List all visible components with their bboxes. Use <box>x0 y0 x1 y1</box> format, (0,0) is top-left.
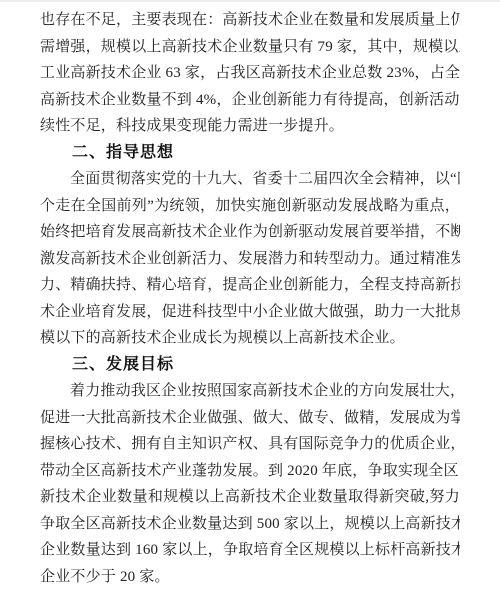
paragraph-current-status: 也存在不足，主要表现在：高新技术企业在数量和发展质量上仍 需增强，规模以上高新技… <box>40 7 460 140</box>
document-body: 也存在不足，主要表现在：高新技术企业在数量和发展质量上仍 需增强，规模以上高新技… <box>0 2 500 590</box>
text-line: 始终把培育发展高新技术企业作为创新驱动发展首要举措，不断 <box>40 219 460 246</box>
text-line: 企业数量达到 160 家以上，争取培育全区规模以上标杆高新技术 <box>40 537 460 564</box>
text-line: 激发高新技术企业创新活力、发展潜力和转型动力。通过精准发 <box>40 246 460 273</box>
text-line: 工业高新技术企业 63 家，占我区高新技术企业总数 23%，占全市 <box>40 60 460 87</box>
section-heading-development-goals: 三、发展目标 <box>40 352 460 379</box>
text-line: 力、精确扶持、精心培育，提高企业创新能力，全程支持高新技 <box>40 272 460 299</box>
text-line: 新技术企业数量和规模以上高新技术企业数量取得新突破,努力 <box>40 484 460 511</box>
text-line: 高新技术企业数量不到 4%，企业创新能力有待提高，创新活动持 <box>40 87 460 114</box>
text-line: 需增强，规模以上高新技术企业数量只有 79 家，其中，规模以上 <box>40 34 460 61</box>
paragraph-guiding-ideology: 全面贯彻落实党的十九大、省委十二届四次全会精神，以“四 个走在全国前列”为统领，… <box>40 166 460 352</box>
text-line: 全面贯彻落实党的十九大、省委十二届四次全会精神，以“四 <box>40 166 460 193</box>
text-line: 术企业培育发展，促进科技型中小企业做大做强，助力一大批规 <box>40 299 460 326</box>
text-line: 带动全区高新技术产业蓬勃发展。到 2020 年底，争取实现全区高 <box>40 458 460 485</box>
section-heading-guiding-ideology: 二、指导思想 <box>40 140 460 167</box>
text-line: 个走在全国前列”为统领，加快实施创新驱动发展战略为重点， <box>40 193 460 220</box>
text-line: 也存在不足，主要表现在：高新技术企业在数量和发展质量上仍 <box>40 7 460 34</box>
text-line: 企业不少于 20 家。 <box>40 564 460 591</box>
text-line: 着力推动我区企业按照国家高新技术企业的方向发展壮大， <box>40 378 460 405</box>
paragraph-development-goals: 着力推动我区企业按照国家高新技术企业的方向发展壮大， 促进一大批高新技术企业做强… <box>40 378 460 590</box>
text-line: 握核心技术、拥有自主知识产权、具有国际竞争力的优质企业， <box>40 431 460 458</box>
text-line: 争取全区高新技术企业数量达到 500 家以上，规模以上高新技术 <box>40 511 460 538</box>
document-page: 也存在不足，主要表现在：高新技术企业在数量和发展质量上仍 需增强，规模以上高新技… <box>0 0 500 595</box>
text-line: 续性不足，科技成果变现能力需进一步提升。 <box>40 113 460 140</box>
text-line: 模以下的高新技术企业成长为规模以上高新技术企业。 <box>40 325 460 352</box>
text-line: 促进一大批高新技术企业做强、做大、做专、做精，发展成为掌 <box>40 405 460 432</box>
